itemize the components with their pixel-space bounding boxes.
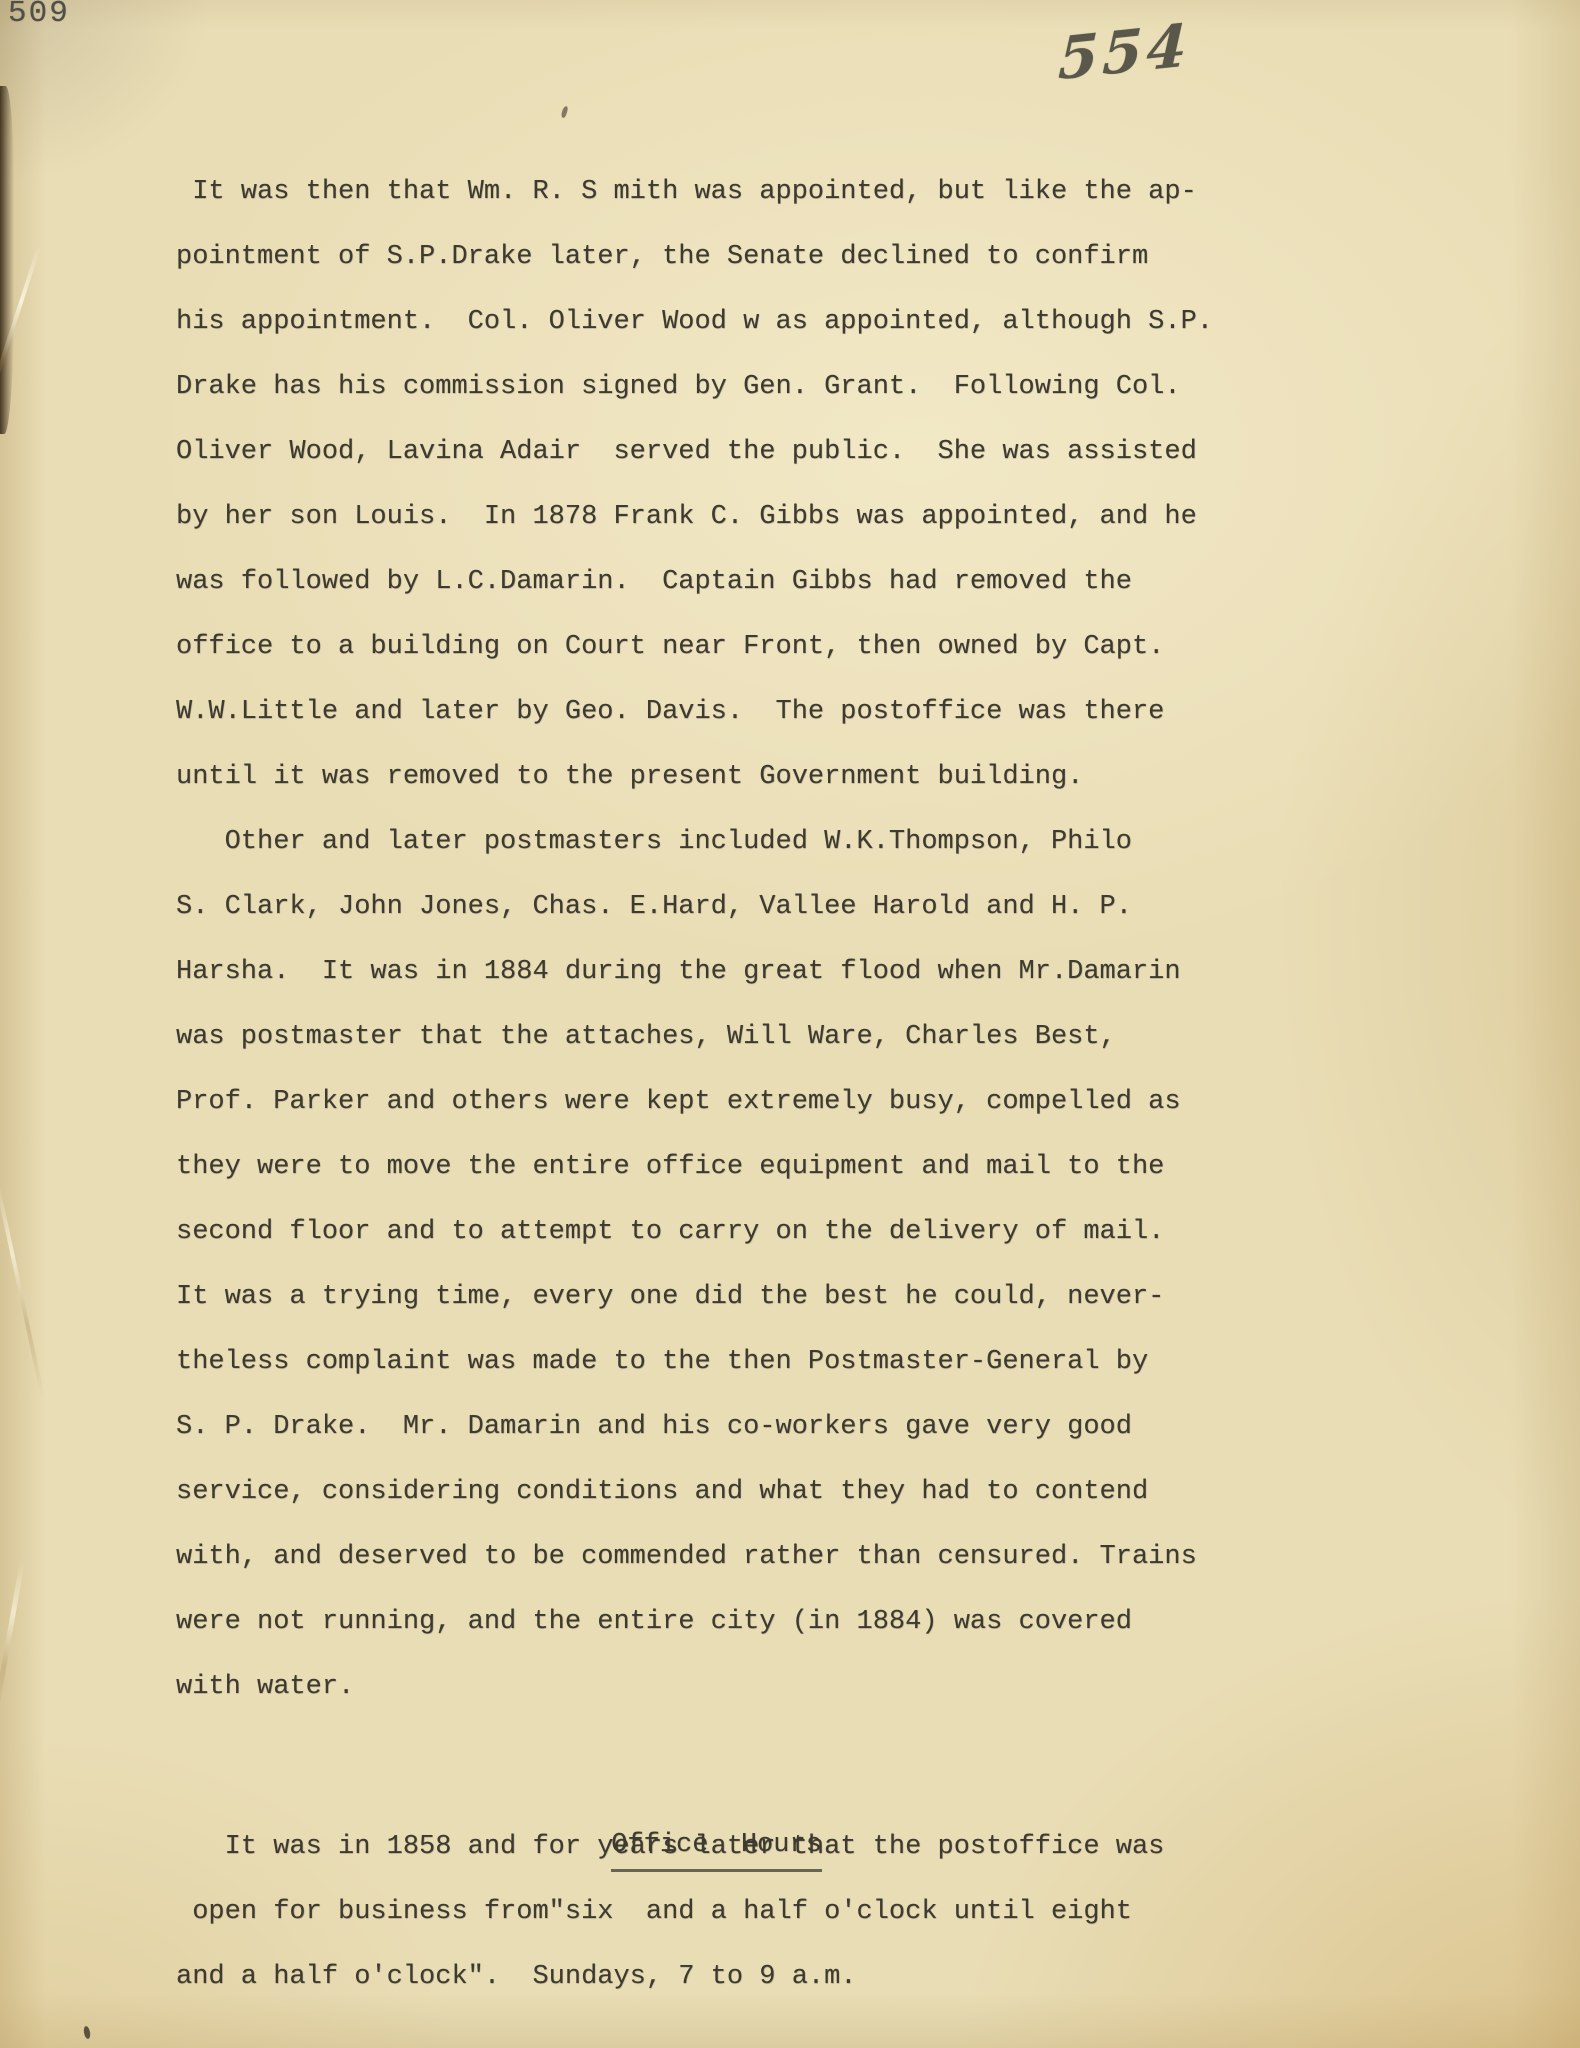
typed-line: Harsha. It was in 1884 during the great … (176, 940, 1286, 1005)
typed-line: with water. (176, 1655, 1286, 1720)
typed-line: It was a trying time, every one did the … (176, 1265, 1286, 1330)
typed-line: It was then that Wm. R. S mith was appoi… (176, 160, 1286, 225)
scanned-page: 509 554 It was then that Wm. R. S mith w… (0, 0, 1580, 2048)
typed-line: until it was removed to the present Gove… (176, 745, 1286, 810)
typed-line: W.W.Little and later by Geo. Davis. The … (176, 680, 1286, 745)
paper-crease (0, 1561, 25, 1719)
typewritten-text-block: It was then that Wm. R. S mith was appoi… (176, 160, 1286, 2010)
typed-line: Prof. Parker and others were kept extrem… (176, 1070, 1286, 1135)
typed-line: It was in 1858 and for years later that … (176, 1815, 1286, 1880)
typed-line: his appointment. Col. Oliver Wood w as a… (176, 290, 1286, 355)
typed-line: pointment of S.P.Drake later, the Senate… (176, 225, 1286, 290)
paper-edge-tear (0, 86, 14, 434)
ink-speck (83, 2026, 91, 2040)
printed-page-number: 509 (8, 0, 70, 31)
typed-line: S. P. Drake. Mr. Damarin and his co-work… (176, 1395, 1286, 1460)
typed-line: theless complaint was made to the then P… (176, 1330, 1286, 1395)
typed-line: second floor and to attempt to carry on … (176, 1200, 1286, 1265)
paragraph-2: Other and later postmasters included W.K… (176, 810, 1286, 1720)
paper-crease (0, 1182, 45, 1398)
typed-line: with, and deserved to be commended rathe… (176, 1525, 1286, 1590)
typed-line: they were to move the entire office equi… (176, 1135, 1286, 1200)
typed-line: and a half o'clock". Sundays, 7 to 9 a.m… (176, 1945, 1286, 2010)
typed-line: open for business from"six and a half o'… (176, 1880, 1286, 1945)
typed-line: service, considering conditions and what… (176, 1460, 1286, 1525)
typed-line: Other and later postmasters included W.K… (176, 810, 1286, 875)
section-heading-row: Office Hours (176, 1748, 1286, 1813)
typed-line: office to a building on Court near Front… (176, 615, 1286, 680)
ink-speck (561, 106, 569, 119)
handwritten-page-number: 554 (1057, 11, 1192, 94)
typed-line: were not running, and the entire city (i… (176, 1590, 1286, 1655)
typed-line: by her son Louis. In 1878 Frank C. Gibbs… (176, 485, 1286, 550)
typed-line: S. Clark, John Jones, Chas. E.Hard, Vall… (176, 875, 1286, 940)
typed-line: Drake has his commission signed by Gen. … (176, 355, 1286, 420)
paragraph-3: It was in 1858 and for years later that … (176, 1815, 1286, 2010)
typed-line: was postmaster that the attaches, Will W… (176, 1005, 1286, 1070)
paragraph-1: It was then that Wm. R. S mith was appoi… (176, 160, 1286, 810)
typed-line: was followed by L.C.Damarin. Captain Gib… (176, 550, 1286, 615)
typed-line: Oliver Wood, Lavina Adair served the pub… (176, 420, 1286, 485)
